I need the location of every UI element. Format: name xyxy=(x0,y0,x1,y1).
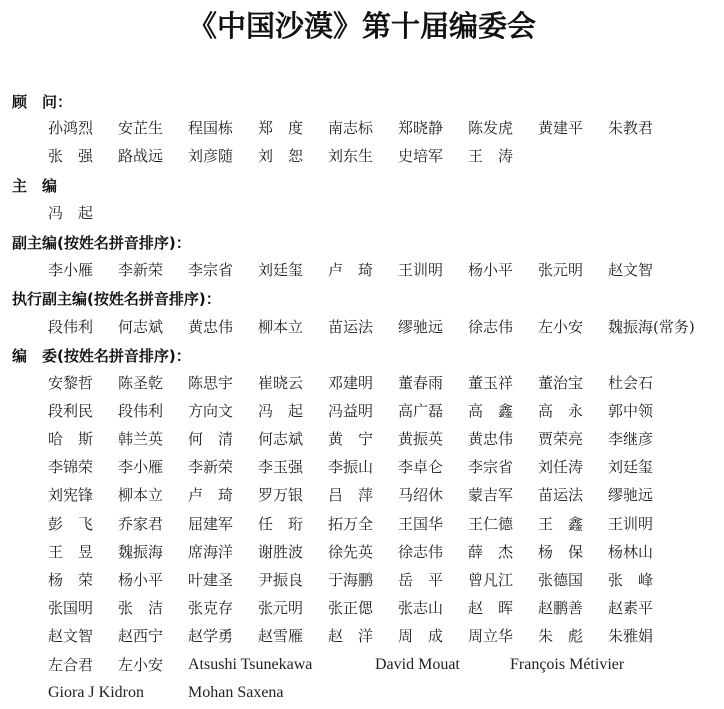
name-entry: 徐志伟 xyxy=(398,541,443,563)
name-entry: 尹振良 xyxy=(258,569,303,591)
name-entry: 缪驰远 xyxy=(608,484,653,506)
name-entry: 张国明 xyxy=(48,597,93,619)
name-entry: 刘彦随 xyxy=(188,145,233,167)
name-entry: 段伟利 xyxy=(48,316,93,338)
name-entry: 李继彦 xyxy=(608,428,653,450)
name-entry: 郑晓静 xyxy=(398,117,443,139)
name-entry: 陈圣乾 xyxy=(118,372,163,394)
name-entry: 路战远 xyxy=(118,145,163,167)
name-entry: 彭 飞 xyxy=(48,513,93,535)
name-entry: 刘廷玺 xyxy=(258,259,303,281)
name-entry: 苗运法 xyxy=(328,316,373,338)
name-entry: 安芷生 xyxy=(118,117,163,139)
name-entry: 任 珩 xyxy=(258,513,303,535)
name-entry: 邓建明 xyxy=(328,372,373,394)
name-entry: 郭中领 xyxy=(608,400,653,422)
name-entry: 拓万全 xyxy=(328,513,373,535)
name-entry: 冯益明 xyxy=(328,400,373,422)
name-entry: 黄 宁 xyxy=(328,428,373,450)
name-entry: 冯 起 xyxy=(258,400,303,422)
name-entry: 张 强 xyxy=(48,145,93,167)
name-entry: 叶建圣 xyxy=(188,569,233,591)
page-title: 《中国沙漠》第十届编委会 xyxy=(0,6,724,46)
name-entry: 高 永 xyxy=(538,400,583,422)
name-entry: 贾荣亮 xyxy=(538,428,583,450)
name-entry: 王 鑫 xyxy=(538,513,583,535)
name-entry: 崔晓云 xyxy=(258,372,303,394)
name-entry: 李宗省 xyxy=(188,259,233,281)
name-entry: 张元明 xyxy=(538,259,583,281)
name-entry: 张 峰 xyxy=(608,569,653,591)
name-entry: 朱雅娟 xyxy=(608,625,653,647)
name-entry: 王 涛 xyxy=(468,145,513,167)
name-entry: David Mouat xyxy=(375,654,460,676)
name-entry: 方向文 xyxy=(188,400,233,422)
name-entry: 李新荣 xyxy=(188,456,233,478)
name-entry: 杨林山 xyxy=(608,541,653,563)
name-entry: 黄振英 xyxy=(398,428,443,450)
name-entry: 冯 起 xyxy=(48,202,93,224)
name-entry: 陈发虎 xyxy=(468,117,513,139)
name-entry: 王训明 xyxy=(398,259,443,281)
name-entry: 杨小平 xyxy=(468,259,513,281)
name-entry: 董治宝 xyxy=(538,372,583,394)
name-entry: 杜会石 xyxy=(608,372,653,394)
name-entry: Atsushi Tsunekawa xyxy=(188,654,312,676)
name-entry: 左小安 xyxy=(538,316,583,338)
name-entry: 董玉祥 xyxy=(468,372,513,394)
name-entry: 左合君 xyxy=(48,654,93,676)
name-entry: 左小安 xyxy=(118,654,163,676)
name-entry: 黄忠伟 xyxy=(468,428,513,450)
name-entry: 赵西宁 xyxy=(118,625,163,647)
name-entry: 王仁德 xyxy=(468,513,513,535)
name-entry: 王国华 xyxy=(398,513,443,535)
name-entry: 高 鑫 xyxy=(468,400,513,422)
name-entry: 韩兰英 xyxy=(118,428,163,450)
name-entry: 刘宪锋 xyxy=(48,484,93,506)
name-entry: 李锦荣 xyxy=(48,456,93,478)
section-heading-editorial-board: 编 委(按姓名拼音排序)： xyxy=(12,346,191,366)
name-entry: 黄忠伟 xyxy=(188,316,233,338)
name-entry: 刘任涛 xyxy=(538,456,583,478)
name-entry: 郑 度 xyxy=(258,117,303,139)
name-entry: 柳本立 xyxy=(118,484,163,506)
name-entry: 安黎哲 xyxy=(48,372,93,394)
name-entry: 徐先英 xyxy=(328,541,373,563)
name-entry: 周 成 xyxy=(398,625,443,647)
name-entry: 吕 萍 xyxy=(328,484,373,506)
name-entry: 何 清 xyxy=(188,428,233,450)
name-entry: 段伟利 xyxy=(118,400,163,422)
name-entry: 李玉强 xyxy=(258,456,303,478)
name-entry: 卢 琦 xyxy=(328,259,373,281)
name-entry: 杨小平 xyxy=(118,569,163,591)
name-entry: 杨 荣 xyxy=(48,569,93,591)
name-entry: 程国栋 xyxy=(188,117,233,139)
name-entry: 刘东生 xyxy=(328,145,373,167)
name-entry: 罗万银 xyxy=(258,484,303,506)
name-entry: 张元明 xyxy=(258,597,303,619)
name-entry: 曾凡江 xyxy=(468,569,513,591)
name-entry: 张志山 xyxy=(398,597,443,619)
name-entry: 赵文智 xyxy=(608,259,653,281)
name-entry: 赵 晖 xyxy=(468,597,513,619)
name-entry: 南志标 xyxy=(328,117,373,139)
name-entry: 张德国 xyxy=(538,569,583,591)
section-heading-deputy-editors: 副主编(按姓名拼音排序)： xyxy=(12,233,191,253)
name-entry: 李小雁 xyxy=(118,456,163,478)
name-entry: 何志斌 xyxy=(118,316,163,338)
name-entry: 李卓仑 xyxy=(398,456,443,478)
name-entry: 谢胜波 xyxy=(258,541,303,563)
name-entry: 李宗省 xyxy=(468,456,513,478)
name-entry: 段利民 xyxy=(48,400,93,422)
name-entry: 王 昱 xyxy=(48,541,93,563)
name-entry: 岳 平 xyxy=(398,569,443,591)
name-entry: 徐志伟 xyxy=(468,316,513,338)
name-entry: 缪驰远 xyxy=(398,316,443,338)
name-entry: 黄建平 xyxy=(538,117,583,139)
name-entry: 高广磊 xyxy=(398,400,443,422)
name-entry: 杨 保 xyxy=(538,541,583,563)
name-entry: 朱教君 xyxy=(608,117,653,139)
name-entry: 朱 彪 xyxy=(538,625,583,647)
name-entry: 赵雪雁 xyxy=(258,625,303,647)
section-heading-advisors: 顾 问： xyxy=(12,92,72,112)
section-heading-executive-deputy-editors: 执行副主编(按姓名拼音排序)： xyxy=(12,289,221,309)
section-heading-editor-in-chief: 主 编 xyxy=(12,176,57,196)
name-entry: 何志斌 xyxy=(258,428,303,450)
name-entry: 张 洁 xyxy=(118,597,163,619)
name-entry: 王训明 xyxy=(608,513,653,535)
name-entry: François Métivier xyxy=(510,654,624,676)
name-entry: 刘 恕 xyxy=(258,145,303,167)
name-entry: 张正偲 xyxy=(328,597,373,619)
name-entry: 孙鸿烈 xyxy=(48,117,93,139)
name-entry: 赵 洋 xyxy=(328,625,373,647)
name-entry: 苗运法 xyxy=(538,484,583,506)
name-entry: 卢 琦 xyxy=(188,484,233,506)
name-entry: 魏振海 xyxy=(118,541,163,563)
name-entry: Mohan Saxena xyxy=(188,682,284,704)
name-entry: 马绍休 xyxy=(398,484,443,506)
name-entry: 赵学勇 xyxy=(188,625,233,647)
name-entry: 李新荣 xyxy=(118,259,163,281)
name-entry: 陈思宇 xyxy=(188,372,233,394)
name-entry: 哈 斯 xyxy=(48,428,93,450)
name-entry: 柳本立 xyxy=(258,316,303,338)
name-entry: Giora J Kidron xyxy=(48,682,144,704)
name-entry: 史培军 xyxy=(398,145,443,167)
name-entry: 赵文智 xyxy=(48,625,93,647)
name-entry: 董春雨 xyxy=(398,372,443,394)
name-entry: 薛 杰 xyxy=(468,541,513,563)
name-entry: 乔家君 xyxy=(118,513,163,535)
name-entry: 张克存 xyxy=(188,597,233,619)
name-entry: 蒙吉军 xyxy=(468,484,513,506)
name-entry: 赵鹏善 xyxy=(538,597,583,619)
name-entry: 魏振海(常务) xyxy=(608,316,695,338)
name-entry: 刘廷玺 xyxy=(608,456,653,478)
name-entry: 席海洋 xyxy=(188,541,233,563)
name-entry: 李小雁 xyxy=(48,259,93,281)
name-entry: 周立华 xyxy=(468,625,513,647)
name-entry: 于海鹏 xyxy=(328,569,373,591)
name-entry: 赵素平 xyxy=(608,597,653,619)
name-entry: 李振山 xyxy=(328,456,373,478)
name-entry: 屈建军 xyxy=(188,513,233,535)
